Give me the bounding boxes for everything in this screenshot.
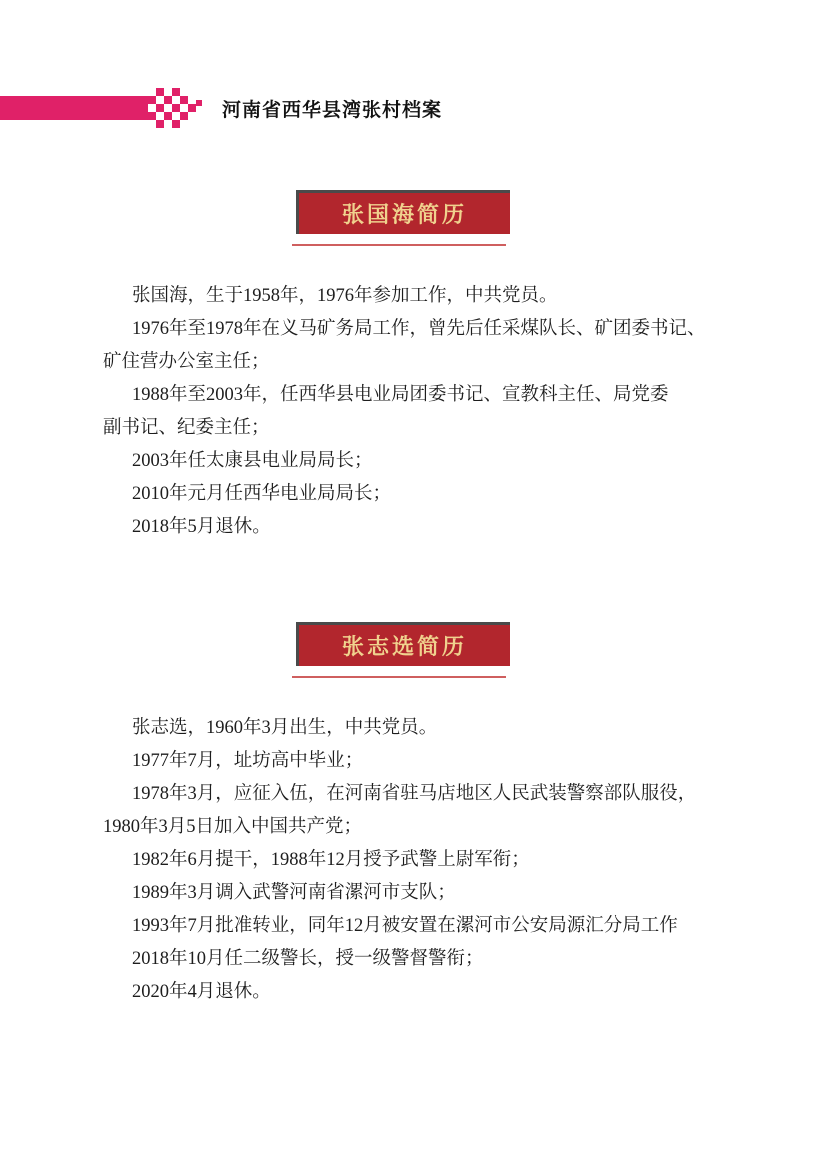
section-title-banner: 张志选简历 <box>296 622 510 666</box>
text-line: 2018年5月退休。 <box>103 511 783 544</box>
text-line: 1982年6月提干，1988年12月授予武警上尉军衔； <box>103 844 783 877</box>
header-accent-bar <box>0 96 148 120</box>
section-body: 张志选，1960年3月出生，中共党员。1977年7月，址坊高中毕业；1978年3… <box>103 712 783 1009</box>
document-page: 河南省西华县湾张村档案 张国海简历张国海，生于1958年，1976年参加工作，中… <box>0 0 830 1155</box>
text-line: 1989年3月调入武警河南省漯河市支队； <box>103 877 783 910</box>
text-line: 1977年7月，址坊高中毕业； <box>103 745 783 778</box>
text-line: 2018年10月任二级警长，授一级警督警衔； <box>103 943 783 976</box>
section-underline <box>292 244 506 246</box>
text-line: 2010年元月任西华电业局局长； <box>103 478 783 511</box>
section-underline <box>292 676 506 678</box>
text-line: 1980年3月5日加入中国共产党； <box>103 811 783 844</box>
checker-pattern-icon <box>148 86 204 134</box>
text-line: 2003年任太康县电业局局长； <box>103 445 783 478</box>
text-line: 1976年至1978年在义马矿务局工作，曾先后任采煤队长、矿团委书记、 <box>103 313 783 346</box>
page-title: 河南省西华县湾张村档案 <box>222 95 442 122</box>
text-line: 张国海，生于1958年，1976年参加工作，中共党员。 <box>103 280 783 313</box>
text-line: 1978年3月，应征入伍，在河南省驻马店地区人民武装警察部队服役， <box>103 778 783 811</box>
section-body: 张国海，生于1958年，1976年参加工作，中共党员。1976年至1978年在义… <box>103 280 783 544</box>
text-line: 1993年7月批准转业，同年12月被安置在漯河市公安局源汇分局工作 <box>103 910 783 943</box>
text-line: 副书记、纪委主任； <box>103 412 783 445</box>
text-line: 张志选，1960年3月出生，中共党员。 <box>103 712 783 745</box>
section-title-banner: 张国海简历 <box>296 190 510 234</box>
text-line: 1988年至2003年，任西华县电业局团委书记、宣教科主任、局党委 <box>103 379 783 412</box>
text-line: 2020年4月退休。 <box>103 976 783 1009</box>
text-line: 矿住营办公室主任； <box>103 346 783 379</box>
